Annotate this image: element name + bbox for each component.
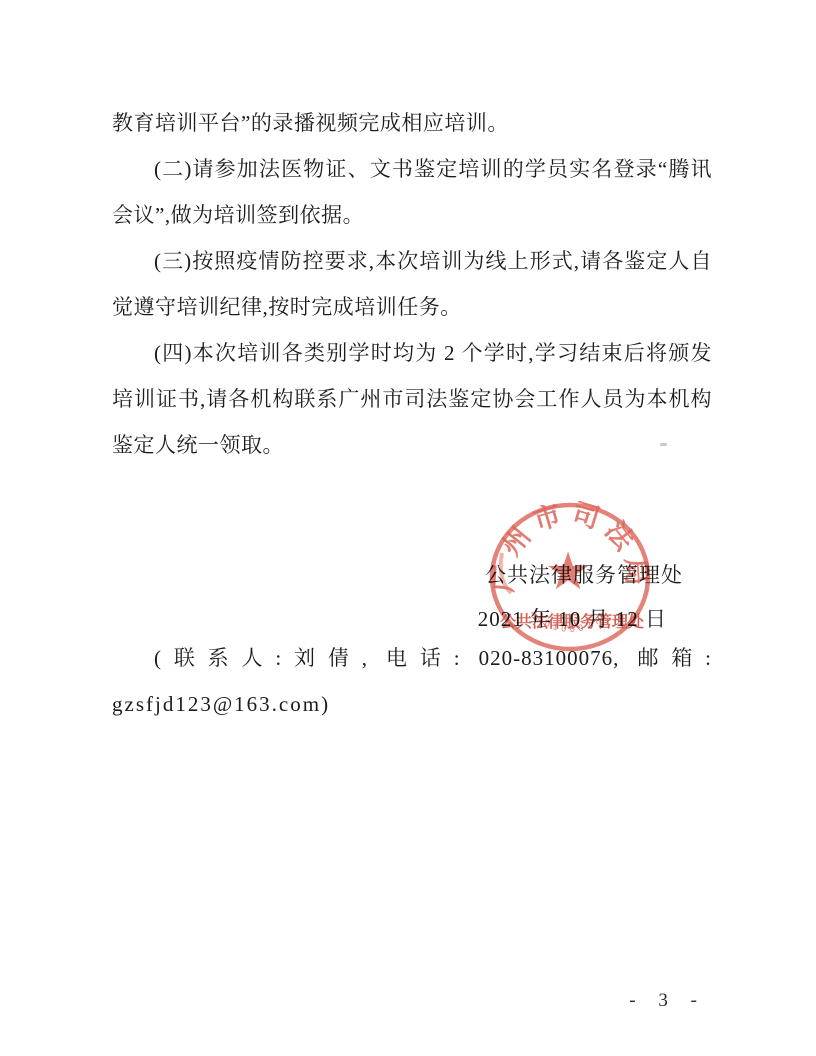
signature-department: 公共法律服务管理处 <box>112 553 712 597</box>
paragraph-item-4: (四)本次培训各类别学时均为 2 个学时,学习结束后将颁发培训证书,请各机构联系… <box>112 330 712 468</box>
paragraph-item-2: (二)请参加法医物证、文书鉴定培训的学员实名登录“腾讯会议”,做为培训签到依据。 <box>112 146 712 238</box>
document-page: 教育培训平台”的录播视频完成相应培训。 (二)请参加法医物证、文书鉴定培训的学员… <box>0 0 816 1056</box>
page-number: - 3 - <box>629 990 706 1012</box>
contact-block: (联系人:刘倩, 电话: 020-83100076, 邮箱: gzsfjd123… <box>112 635 712 727</box>
paragraph-item-3: (三)按照疫情防控要求,本次培训为线上形式,请各鉴定人自觉遵守培训纪律,按时完成… <box>112 238 712 330</box>
contact-email-line: gzsfjd123@163.com) <box>112 681 712 727</box>
paragraph-continuation: 教育培训平台”的录播视频完成相应培训。 <box>112 100 712 146</box>
contact-info-line: (联系人:刘倩, 电话: 020-83100076, 邮箱: <box>112 635 712 681</box>
signature-block: 公共法律服务管理处 2021 年 10 月 12 日 <box>112 553 712 641</box>
scan-artifact-mark <box>660 443 667 446</box>
document-body: 教育培训平台”的录播视频完成相应培训。 (二)请参加法医物证、文书鉴定培训的学员… <box>112 100 712 727</box>
